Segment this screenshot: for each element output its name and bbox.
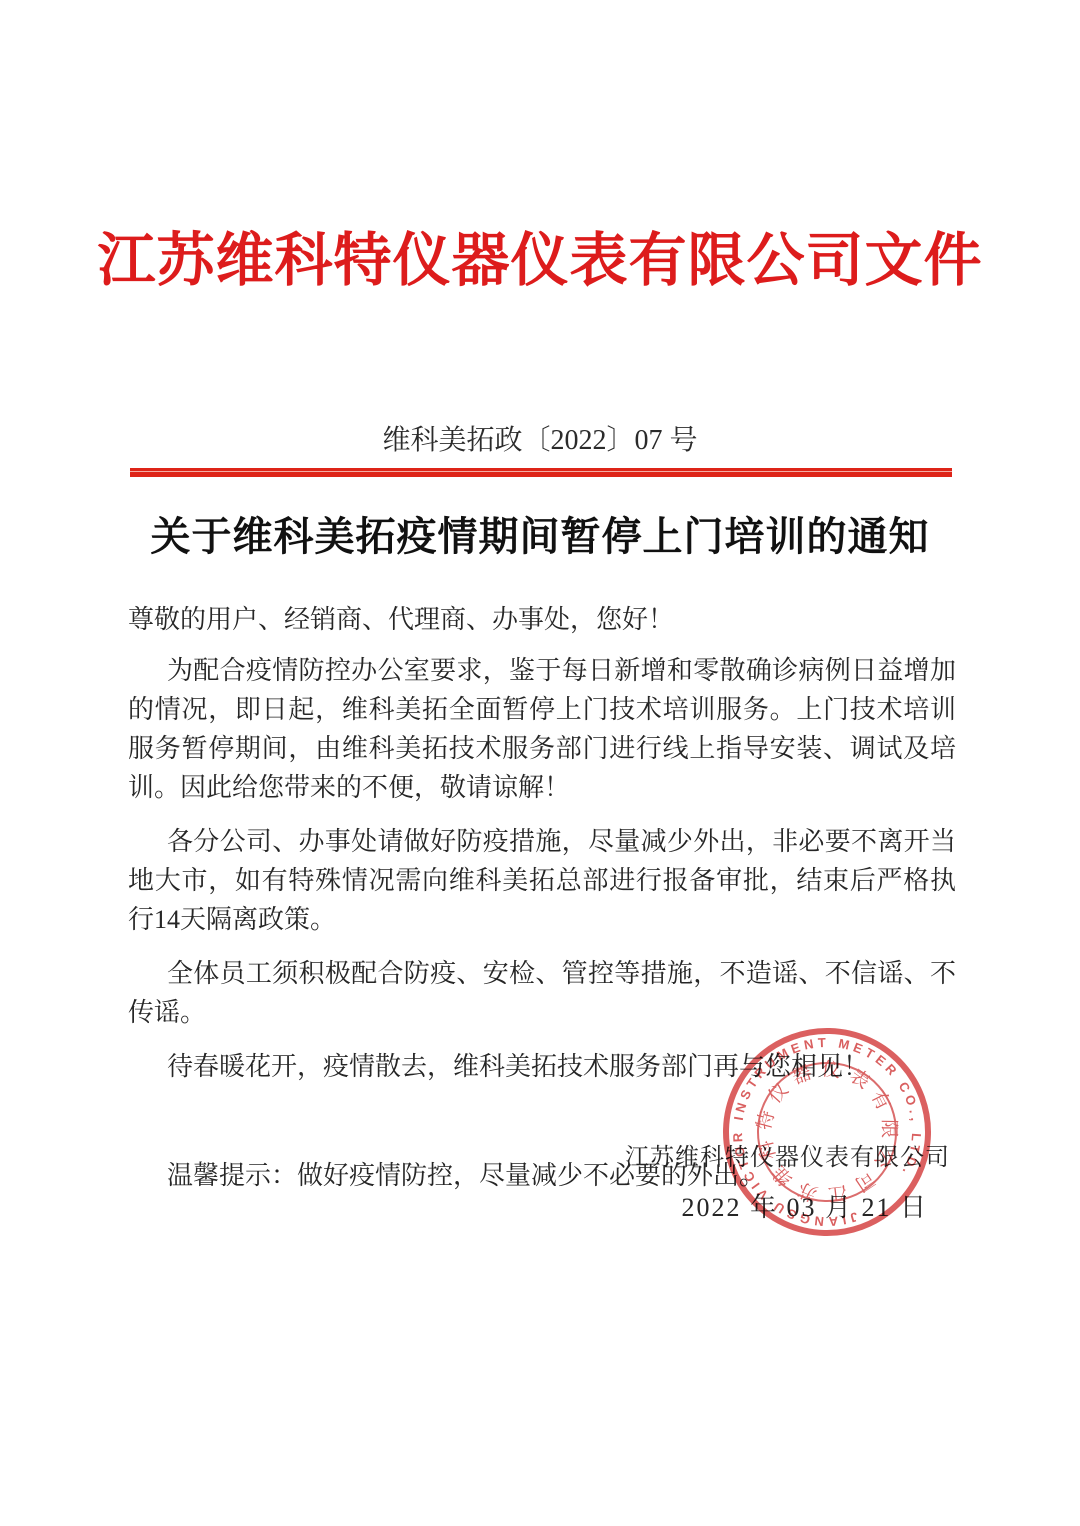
notice-body: 尊敬的用户、经销商、代理商、办事处，您好！ 为配合疫情防控办公室要求，鉴于每日新…: [128, 600, 956, 1210]
body-paragraph-4: 待春暖花开，疫情散去，维科美拓技术服务部门再与您相见！: [128, 1047, 956, 1086]
body-paragraph-1: 为配合疫情防控办公室要求，鉴于每日新增和零散确诊病例日益增加的情况，即日起，维科…: [128, 651, 956, 807]
signature-date: 2022 年 03 月 21 日: [681, 1190, 928, 1226]
signature-company-name: 江苏维科特仪器仪表有限公司: [625, 1140, 950, 1176]
official-document-page: 江苏维科特仪器仪表有限公司文件 维科美拓政〔2022〕07 号 关于维科美拓疫情…: [0, 0, 1080, 1526]
body-paragraph-3: 全体员工须积极配合防疫、安检、管控等措施，不造谣、不信谣、不传谣。: [128, 954, 956, 1032]
greeting-line: 尊敬的用户、经销商、代理商、办事处，您好！: [128, 600, 956, 639]
notice-title: 关于维科美拓疫情期间暂停上门培训的通知: [0, 506, 1080, 568]
red-header-org-title: 江苏维科特仪器仪表有限公司文件: [0, 216, 1080, 306]
document-number: 维科美拓政〔2022〕07 号: [0, 420, 1080, 462]
body-paragraph-2: 各分公司、办事处请做好防疫措施，尽量减少外出，非必要不离开当地大市，如有特殊情况…: [128, 822, 956, 939]
red-divider-rule: [130, 468, 952, 477]
